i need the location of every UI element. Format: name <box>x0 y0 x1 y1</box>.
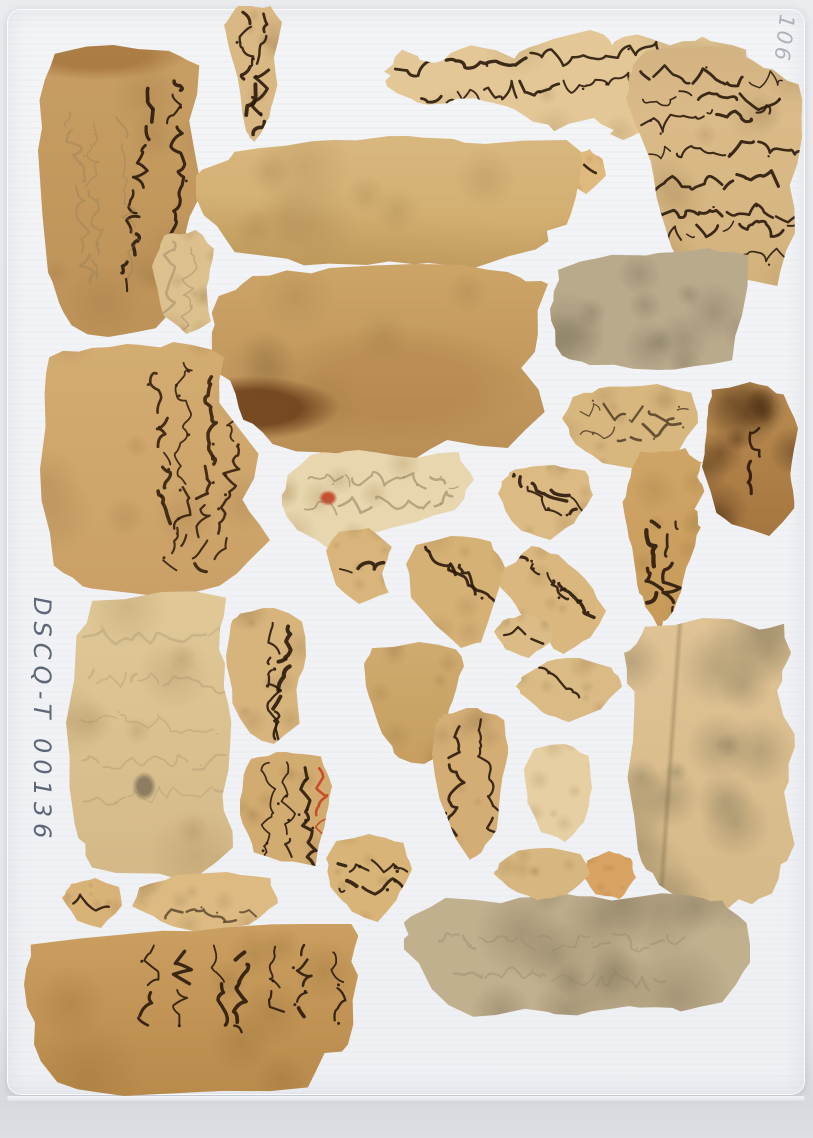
fragment-bottom-strip <box>24 924 358 1096</box>
fragment-mottled-large <box>624 618 798 908</box>
fragment-grey-middle <box>550 248 748 370</box>
fragment-grey-bottom <box>404 890 750 1022</box>
fragment-grey-bottom-script <box>404 890 750 1022</box>
fragment-wide-middle-plain <box>196 136 582 268</box>
archival-photo: DSCQ-T 00136 106 <box>0 0 813 1138</box>
fragment-faded-large-script <box>66 592 240 882</box>
plastic-sleeve-edge <box>7 1096 805 1101</box>
shelfmark-label: DSCQ-T 00136 <box>26 597 56 865</box>
fragment-faded-large <box>66 592 240 882</box>
fragment-bottom-strip-script <box>24 924 358 1096</box>
